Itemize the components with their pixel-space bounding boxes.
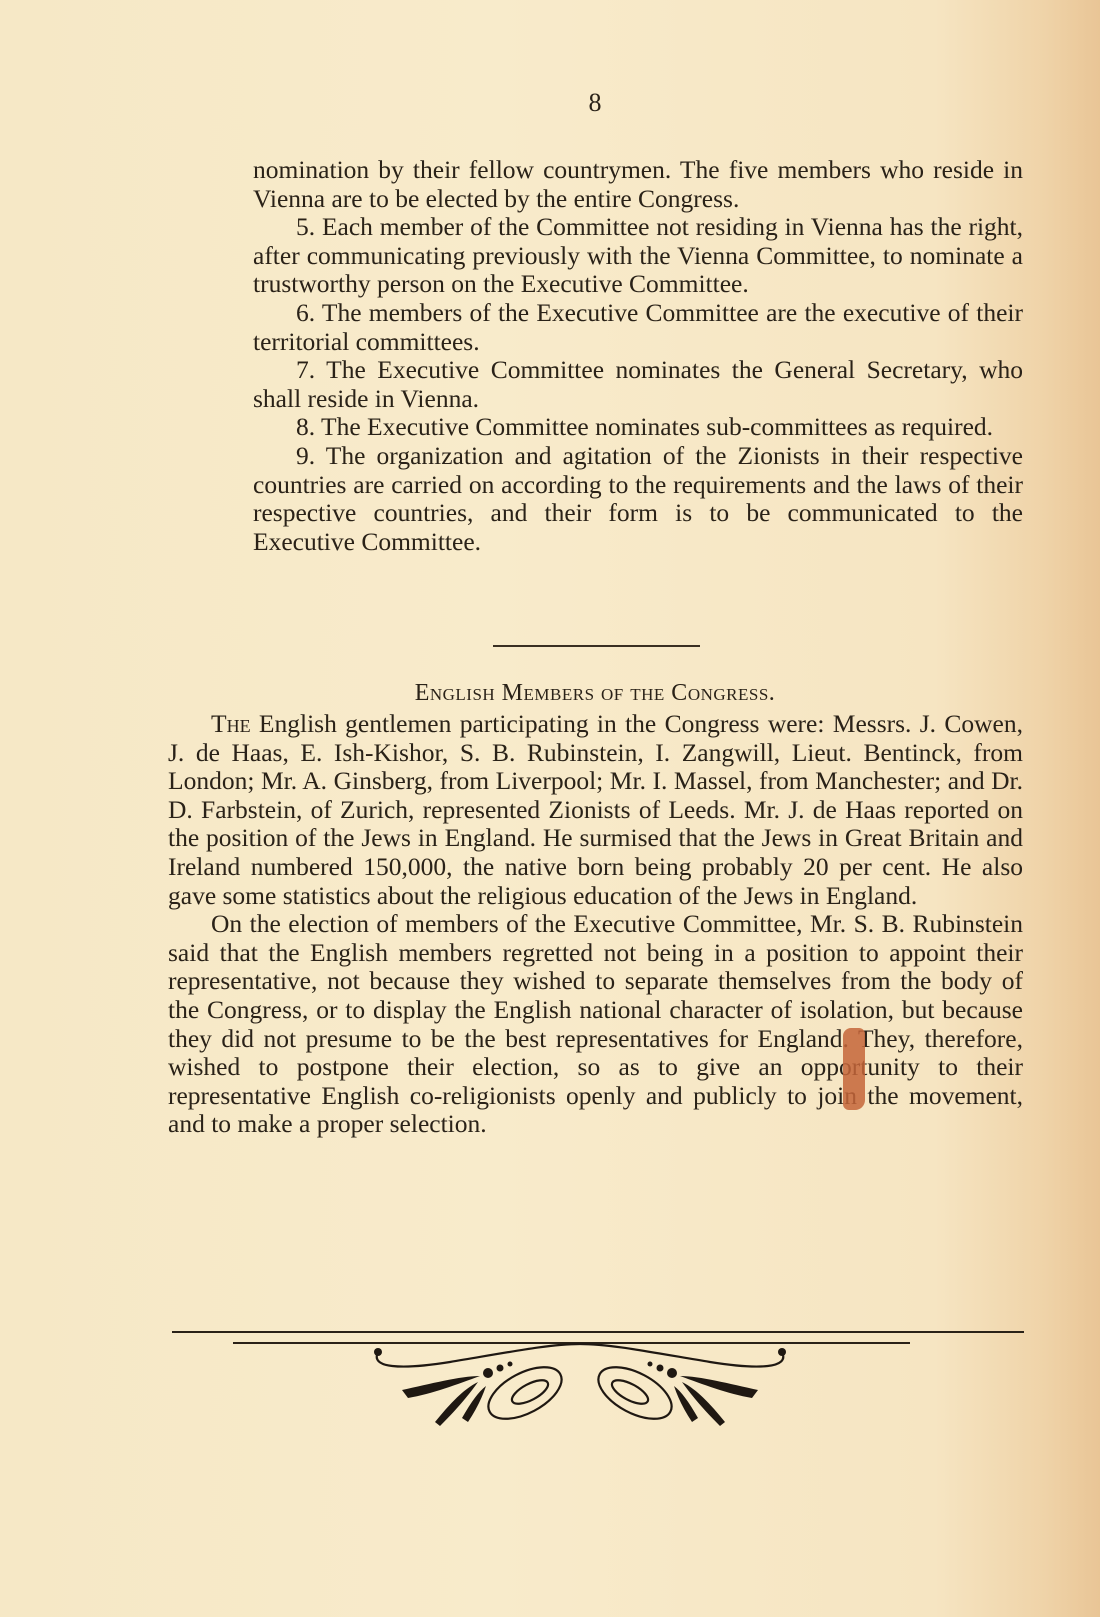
paragraph-election: On the election of members of the Execut… xyxy=(168,910,1023,1139)
flourish-ornament-icon xyxy=(340,1340,820,1430)
rule-item-8: 8. The Executive Committee nominates sub… xyxy=(253,413,1023,442)
rules-section: nomination by their fellow countrymen. T… xyxy=(253,156,1023,556)
section-divider xyxy=(493,645,700,647)
paragraph-members-text: English gentlemen participating in the C… xyxy=(168,709,1023,910)
english-members-section: The English gentlemen participating in t… xyxy=(168,710,1023,1139)
rule-item-9: 9. The organization and agitation of the… xyxy=(253,442,1023,556)
paragraph-members: The English gentlemen participating in t… xyxy=(168,710,1023,910)
page-number: 8 xyxy=(0,88,1100,118)
rule-item-6: 6. The members of the Executive Committe… xyxy=(253,299,1023,356)
section-heading: English Members of the Congress. xyxy=(0,680,1100,707)
lead-word: The xyxy=(211,709,251,738)
rule-item-7: 7. The Executive Committee nominates the… xyxy=(253,356,1023,413)
paragraph-continuation: nomination by their fellow countrymen. T… xyxy=(253,156,1023,213)
tailpiece-rule-outer xyxy=(172,1331,1024,1333)
paper-stain xyxy=(843,1028,865,1110)
rule-item-5: 5. Each member of the Committee not resi… xyxy=(253,213,1023,299)
